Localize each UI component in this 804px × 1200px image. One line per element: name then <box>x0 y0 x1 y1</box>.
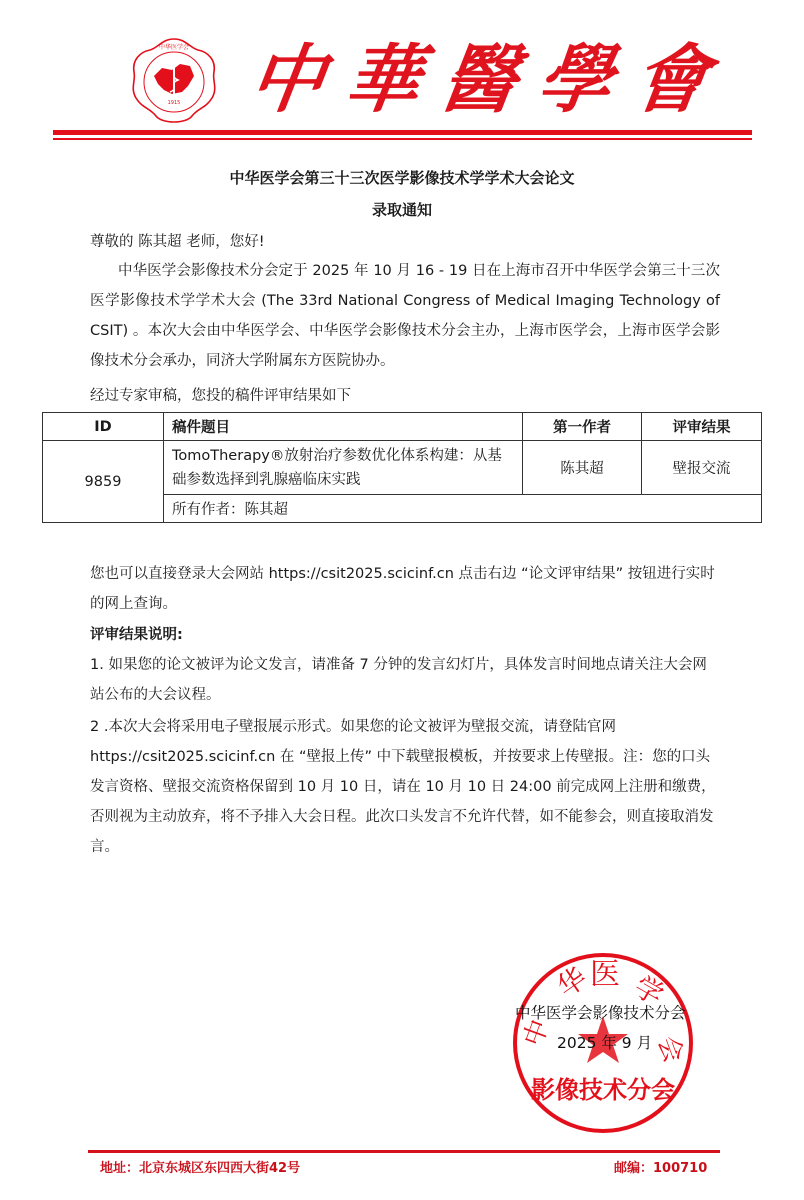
svg-text:1915: 1915 <box>168 100 181 106</box>
notes-heading: 评审结果说明: <box>90 620 720 650</box>
cell-result: 壁报交流 <box>642 441 762 495</box>
chinese-medical-association-emblem-icon: 1915 中华医学会 <box>128 36 220 126</box>
signature-date: 2025 年 9 月 <box>557 1031 652 1053</box>
header-divider-thin <box>53 138 752 140</box>
cell-all-authors: 所有作者：陈其超 <box>164 495 762 523</box>
footer-address: 地址：北京东城区东四西大街42号 <box>100 1157 300 1176</box>
document-title: 中华医学会第三十三次医学影像技术学学术大会论文 <box>0 167 804 188</box>
review-intro: 经过专家审稿，您投的稿件评审结果如下 <box>90 381 720 411</box>
brand-calligraphy: 中華醫學會 <box>243 30 737 130</box>
note-item-2: 2 .本次大会将采用电子壁报展示形式。如果您的论文被评为壁报交流，请登陆官网 h… <box>90 712 720 862</box>
signature-organization: 中华医学会影像技术分会 <box>515 1001 686 1023</box>
header-divider-thick <box>53 130 752 135</box>
footer-divider <box>88 1150 720 1153</box>
header-id: ID <box>43 413 164 441</box>
association-logo: 1915 中华医学会 <box>128 36 220 126</box>
header-first-author: 第一作者 <box>523 413 642 441</box>
table-header-row: ID 稿件题目 第一作者 评审结果 <box>43 413 762 441</box>
svg-text:医: 医 <box>590 957 620 992</box>
cell-title: TomoTherapy®放射治疗参数优化体系构建：从基础参数选择到乳腺癌临床实践 <box>164 441 523 495</box>
note-item-1: 1. 如果您的论文被评为论文发言，请准备 7 分钟的发言幻灯片，具体发言时间地点… <box>90 650 720 710</box>
cell-id: 9859 <box>43 441 164 523</box>
svg-text:中华医学会: 中华医学会 <box>159 43 189 51</box>
svg-text:影像技术分会: 影像技术分会 <box>531 1075 675 1104</box>
table-row: 9859 TomoTherapy®放射治疗参数优化体系构建：从基础参数选择到乳腺… <box>43 441 762 495</box>
greeting: 尊敬的 陈其超 老师，您好! <box>90 227 720 257</box>
footer-postcode: 邮编：100710 <box>614 1157 707 1176</box>
svg-text:会: 会 <box>651 1032 688 1067</box>
intro-paragraph: 中华医学会影像技术分会定于 2025 年 10 月 16 - 19 日在上海市召… <box>90 256 720 376</box>
cell-first-author: 陈其超 <box>523 441 642 495</box>
online-query-paragraph: 您也可以直接登录大会网站 https://csit2025.scicinf.cn… <box>90 559 720 619</box>
header-title: 稿件题目 <box>164 413 523 441</box>
review-result-table: ID 稿件题目 第一作者 评审结果 9859 TomoTherapy®放射治疗参… <box>42 412 762 523</box>
header-result: 评审结果 <box>642 413 762 441</box>
document-subtitle: 录取通知 <box>0 199 804 220</box>
